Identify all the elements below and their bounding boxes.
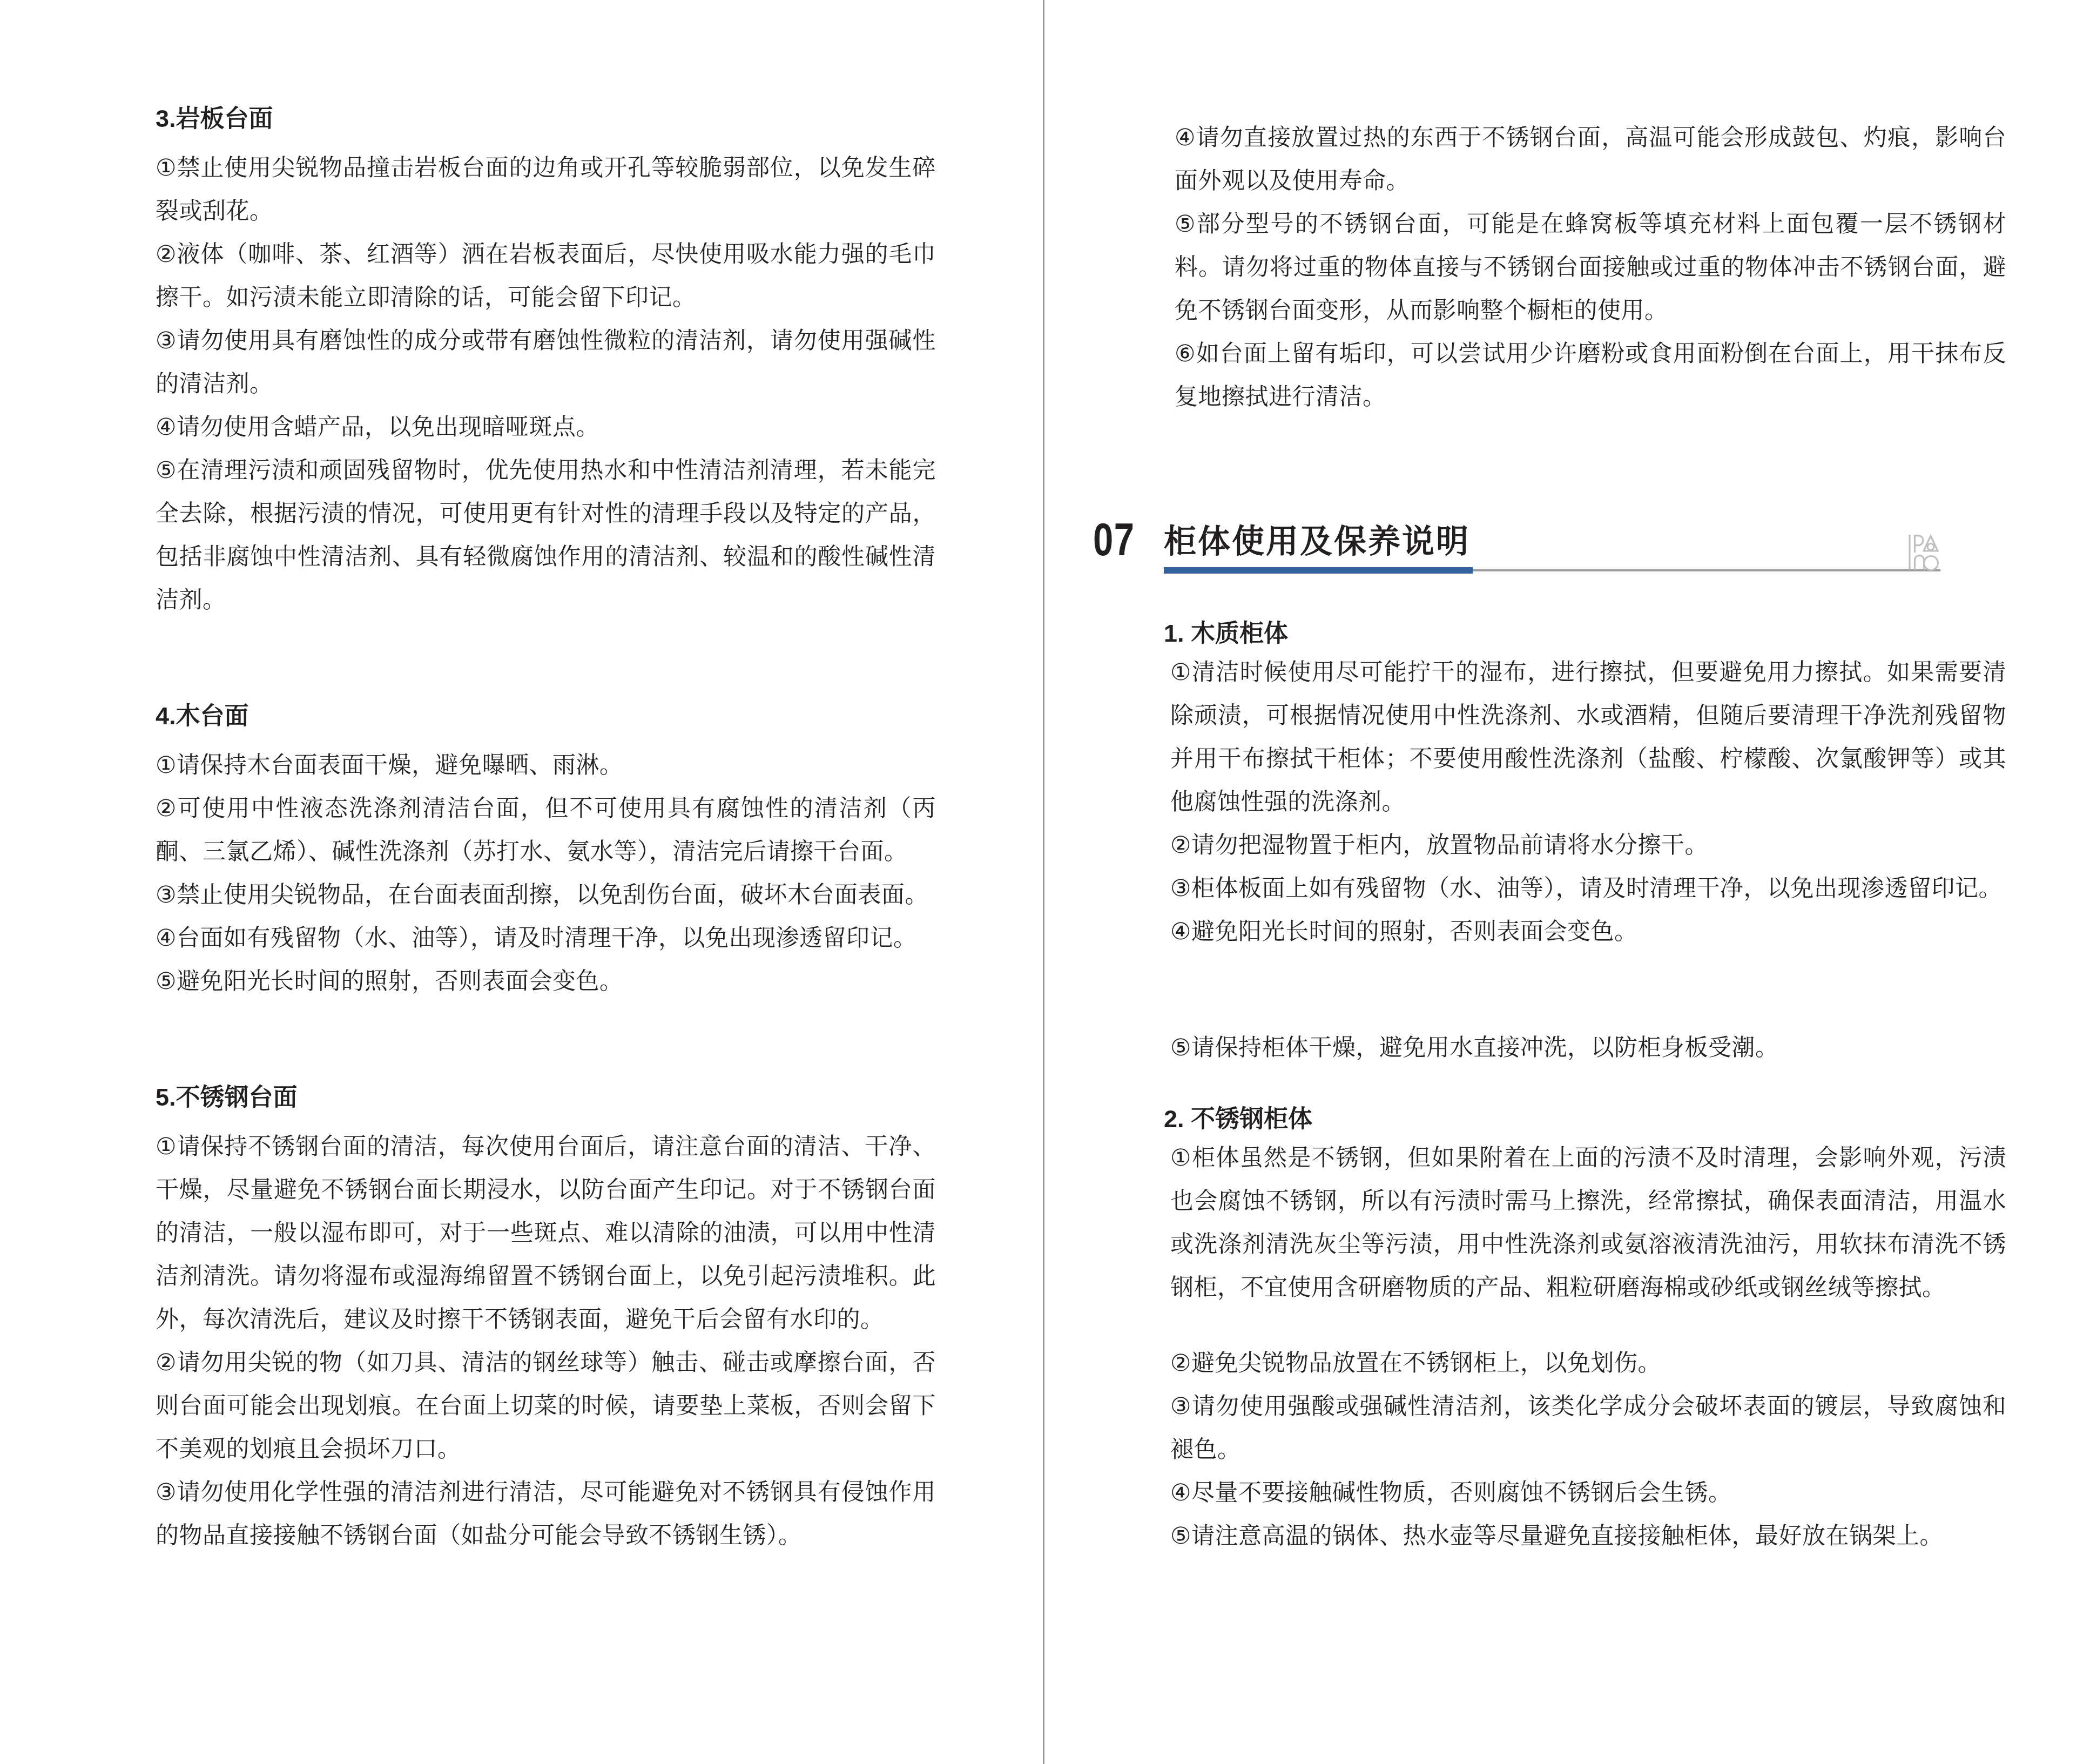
care-instruction: ④尽量不要接触碱性物质，否则腐蚀不锈钢后会生锈。 (1164, 1471, 2006, 1514)
stainless-countertop-continued: ④请勿直接放置过热的东西于不锈钢台面，高温可能会形成鼓包、灼痕，影响台面外观以及… (1164, 116, 2006, 419)
care-instruction: ①清洁时候使用尽可能拧干的湿布，进行擦拭，但要避免用力擦拭。如果需要清除顽渍，可… (1164, 651, 2006, 824)
care-instruction: ⑥如台面上留有垢印，可以尝试用少许磨粉或食用面粉倒在台面上，用干抹布反复地擦拭进… (1164, 332, 2006, 419)
care-instruction: ③禁止使用尖锐物品，在台面表面刮擦，以免刮伤台面，破坏木台面表面。 (156, 873, 936, 917)
care-instruction: ⑤在清理污渍和顽固残留物时，优先使用热水和中性清洁剂清理，若未能完全去除，根据污… (156, 449, 936, 622)
section-heading: 5.不锈钢台面 (156, 1084, 936, 1111)
care-instruction: ⑤请注意高温的锅体、热水壶等尽量避免直接接触柜体，最好放在锅架上。 (1164, 1514, 2006, 1558)
care-instruction: ④请勿直接放置过热的东西于不锈钢台面，高温可能会形成鼓包、灼痕，影响台面外观以及… (1164, 116, 2006, 203)
care-instruction: ②请勿用尖锐的物（如刀具、清洁的钢丝球等）触击、碰击或摩擦台面，否则台面可能会出… (156, 1341, 936, 1471)
section-heading: 1. 木质柜体 (1164, 621, 2006, 647)
section-stainless-countertop: 5.不锈钢台面 ①请保持不锈钢台面的清洁，每次使用台面后，请注意台面的清洁、干净… (156, 1084, 936, 1557)
care-instruction: ②可使用中性液态洗涤剂清洁台面，但不可使用具有腐蚀性的清洁剂（丙酮、三氯乙烯）、… (156, 787, 936, 873)
care-instruction: ④台面如有残留物（水、油等），请及时清理干净，以免出现渗透留印记。 (156, 917, 936, 960)
care-instruction: ③请勿使用具有磨蚀性的成分或带有磨蚀性微粒的清洁剂，请勿使用强碱性的清洁剂。 (156, 319, 936, 406)
care-instruction: ②请勿把湿物置于柜内，放置物品前请将水分擦干。 (1164, 824, 2006, 867)
section-heading: 2. 不锈钢柜体 (1164, 1106, 2006, 1132)
chapter-header: 07 柜体使用及保养说明 (1164, 523, 2006, 574)
section-wood-countertop: 4.木台面 ①请保持木台面表面干燥，避免曝晒、雨淋。 ②可使用中性液态洗涤剂清洁… (156, 703, 936, 1003)
care-instruction: ②液体（咖啡、茶、红酒等）洒在岩板表面后，尽快使用吸水能力强的毛巾擦干。如污渍未… (156, 233, 936, 319)
care-instruction: ⑤避免阳光长时间的照射，否则表面会变色。 (156, 960, 936, 1003)
care-instruction: ①柜体虽然是不锈钢，但如果附着在上面的污渍不及时清理，会影响外观，污渍也会腐蚀不… (1164, 1136, 2006, 1309)
section-heading: 4.木台面 (156, 703, 936, 730)
column-divider (1043, 0, 1044, 1764)
section-heading: 3.岩板台面 (156, 105, 936, 132)
title-underline-accent (1164, 567, 1473, 574)
care-instruction: ⑤请保持柜体干燥，避免用水直接冲洗，以防柜身板受潮。 (1164, 1026, 2006, 1069)
care-instruction: ②避免尖锐物品放置在不锈钢柜上，以免划伤。 (1164, 1342, 2006, 1385)
section-stainless-cabinet: 2. 不锈钢柜体 ①柜体虽然是不锈钢，但如果附着在上面的污渍不及时清理，会影响外… (1164, 1106, 2006, 1558)
care-instruction: ①请保持不锈钢台面的清洁，每次使用台面后，请注意台面的清洁、干净、干燥，尽量避免… (156, 1125, 936, 1341)
care-instruction: ①请保持木台面表面干燥，避免曝晒、雨淋。 (156, 744, 936, 787)
chapter-title: 柜体使用及保养说明 (1164, 523, 2006, 561)
section-rock-slab-countertop: 3.岩板台面 ①禁止使用尖锐物品撞击岩板台面的边角或开孔等较脆弱部位，以免发生碎… (156, 105, 936, 622)
right-column: ④请勿直接放置过热的东西于不锈钢台面，高温可能会形成鼓包、灼痕，影响台面外观以及… (1164, 0, 2006, 1558)
care-instruction: ①禁止使用尖锐物品撞击岩板台面的边角或开孔等较脆弱部位，以免发生碎裂或刮花。 (156, 146, 936, 233)
piano-brand-logo-icon (1907, 534, 1939, 571)
care-instruction: ⑤部分型号的不锈钢台面，可能是在蜂窝板等填充材料上面包覆一层不锈钢材料。请勿将过… (1164, 203, 2006, 332)
left-column: 3.岩板台面 ①禁止使用尖锐物品撞击岩板台面的边角或开孔等较脆弱部位，以免发生碎… (156, 0, 936, 1557)
care-instruction: ④请勿使用含蜡产品，以免出现暗哑斑点。 (156, 406, 936, 449)
chapter-number: 07 (1093, 516, 1135, 563)
care-instruction: ③请勿使用强酸或强碱性清洁剂，该类化学成分会破坏表面的镀层，导致腐蚀和褪色。 (1164, 1385, 2006, 1471)
care-instruction: ④避免阳光长时间的照射，否则表面会变色。 (1164, 910, 2006, 953)
section-wood-cabinet: 1. 木质柜体 ①清洁时候使用尽可能拧干的湿布，进行擦拭，但要避免用力擦拭。如果… (1164, 621, 2006, 1069)
title-underline (1164, 567, 1940, 574)
title-underline-rule (1473, 569, 1940, 571)
care-instruction: ③请勿使用化学性强的清洁剂进行清洁，尽可能避免对不锈钢具有侵蚀作用的物品直接接触… (156, 1471, 936, 1557)
care-instruction: ③柜体板面上如有残留物（水、油等），请及时清理干净，以免出现渗透留印记。 (1164, 867, 2006, 910)
